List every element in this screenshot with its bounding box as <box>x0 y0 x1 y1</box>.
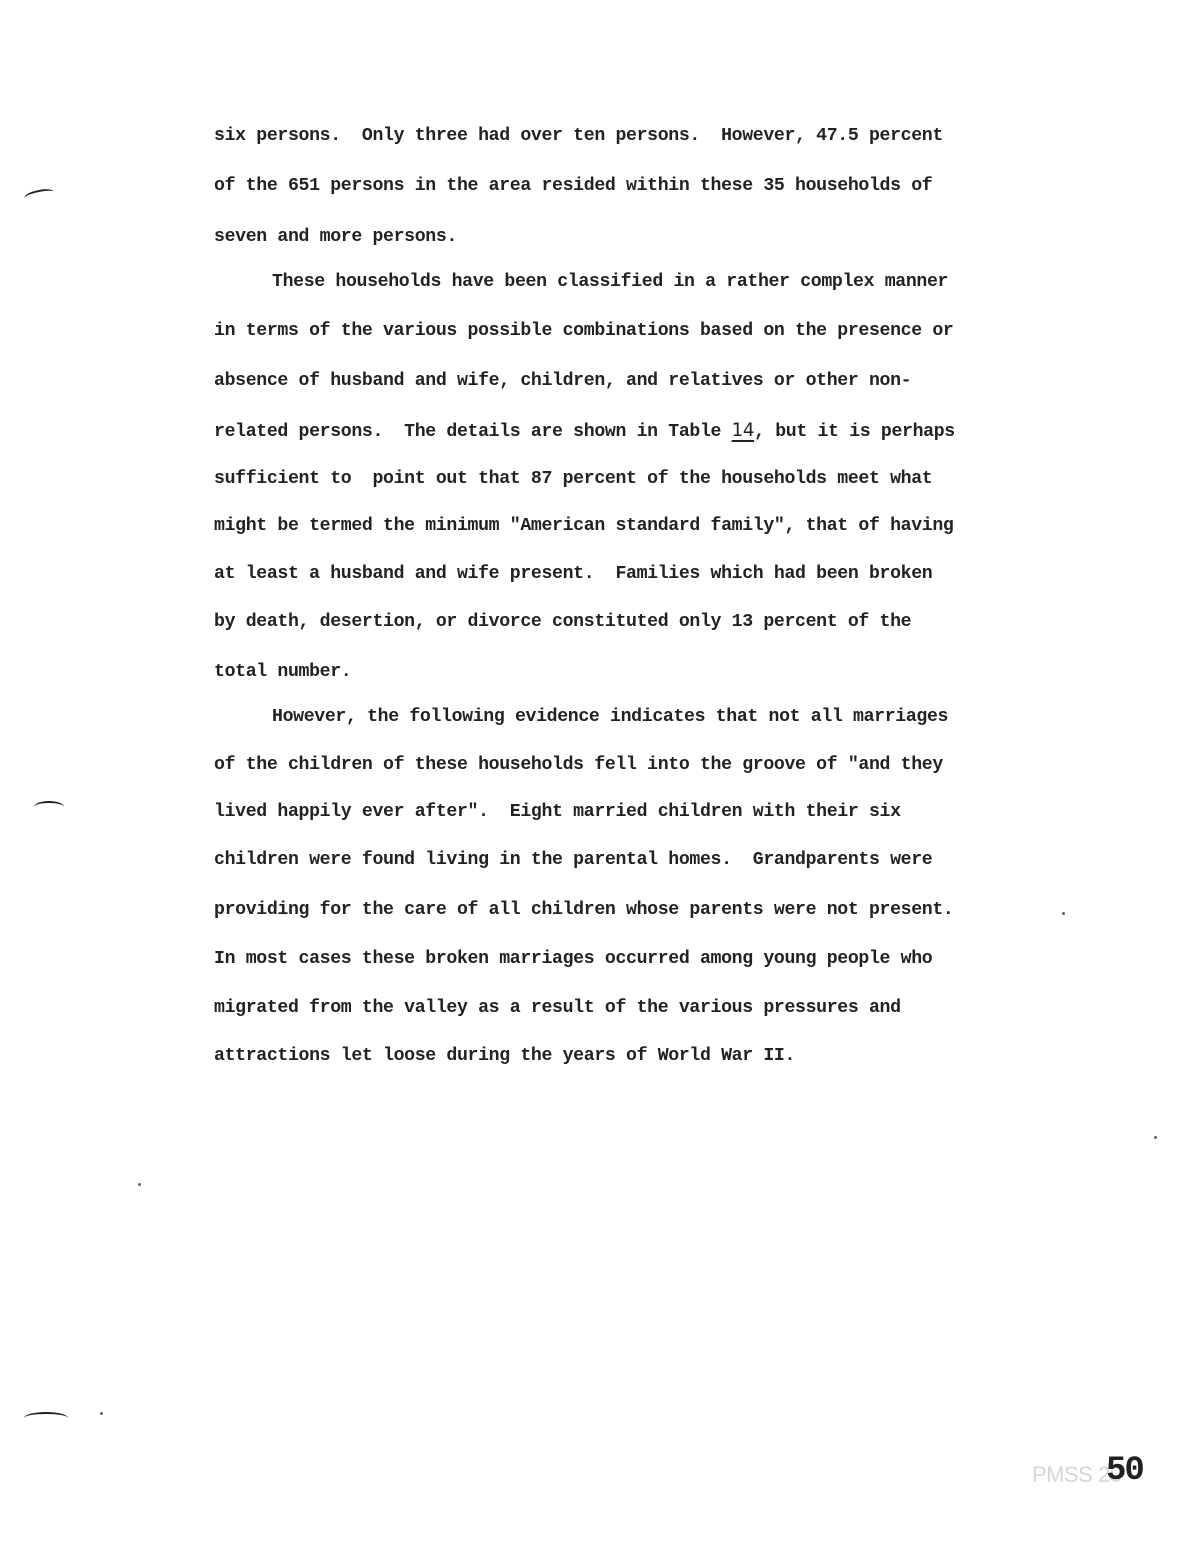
text-line: These households have been classified in… <box>272 272 948 292</box>
text-line: seven and more persons. <box>214 227 457 247</box>
scan-speck <box>1154 1136 1157 1139</box>
text-segment: , but it is perhaps <box>754 422 955 442</box>
text-line: providing for the care of all children w… <box>214 900 954 920</box>
table-reference: 14 <box>732 420 754 441</box>
text-line: of the 651 persons in the area resided w… <box>214 176 932 196</box>
text-line: children were found living in the parent… <box>214 850 932 870</box>
text-line: six persons. Only three had over ten per… <box>214 126 943 146</box>
text-line: at least a husband and wife present. Fam… <box>214 564 932 584</box>
text-line: absence of husband and wife, children, a… <box>214 371 911 391</box>
text-line: lived happily ever after". Eight married… <box>214 802 901 822</box>
binding-mark <box>24 1412 68 1424</box>
page-number: 50 <box>1106 1452 1143 1490</box>
text-line: attractions let loose during the years o… <box>214 1046 795 1066</box>
scan-speck <box>138 1183 141 1186</box>
text-line: of the children of these households fell… <box>214 755 943 775</box>
text-line: However, the following evidence indicate… <box>272 707 948 727</box>
binding-mark <box>23 187 54 203</box>
text-line: related persons. The details are shown i… <box>214 421 955 442</box>
binding-mark <box>34 801 64 813</box>
text-line: might be termed the minimum "American st… <box>214 516 954 536</box>
text-line: migrated from the valley as a result of … <box>214 998 901 1018</box>
text-line: in terms of the various possible combina… <box>214 321 954 341</box>
text-segment: related persons. The details are shown i… <box>214 422 732 442</box>
text-line: by death, desertion, or divorce constitu… <box>214 612 911 632</box>
text-line: sufficient to point out that 87 percent … <box>214 469 932 489</box>
scan-speck <box>100 1412 103 1415</box>
text-line: total number. <box>214 662 351 682</box>
scan-speck <box>1062 912 1065 915</box>
document-page: six persons. Only three had over ten per… <box>0 0 1200 1560</box>
text-line: In most cases these broken marriages occ… <box>214 949 932 969</box>
